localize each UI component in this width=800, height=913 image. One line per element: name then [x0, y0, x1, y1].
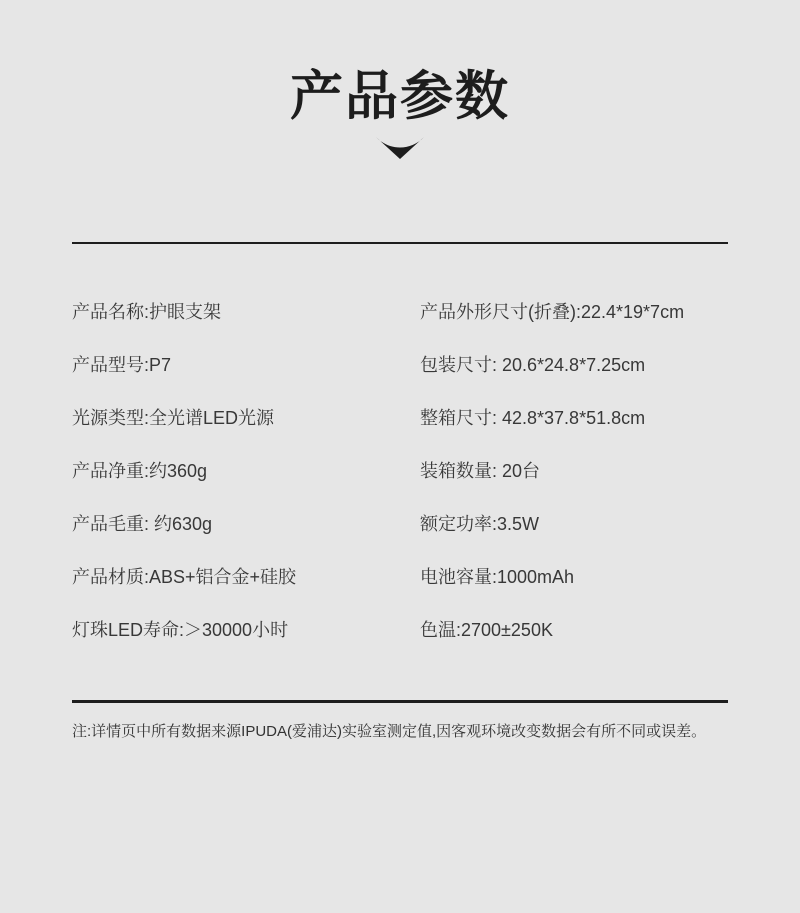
- spec-gross-weight: 产品毛重: 约630g: [72, 496, 412, 549]
- spec-rated-power: 额定功率:3.5W: [420, 496, 730, 549]
- product-parameters-page: 产品参数 产品名称:护眼支架 产品型号:P7 光源类型:全光谱LED光源 产品净…: [0, 0, 800, 913]
- spec-light-source: 光源类型:全光谱LED光源: [72, 390, 412, 443]
- spec-column-right: 产品外形尺寸(折叠):22.4*19*7cm 包装尺寸: 20.6*24.8*7…: [420, 284, 730, 655]
- spec-color-temp: 色温:2700±250K: [420, 602, 730, 655]
- spec-folded-size: 产品外形尺寸(折叠):22.4*19*7cm: [420, 284, 730, 337]
- spec-led-lifespan: 灯珠LED寿命:＞30000小时: [72, 602, 412, 655]
- spec-column-left: 产品名称:护眼支架 产品型号:P7 光源类型:全光谱LED光源 产品净重:约36…: [72, 284, 412, 655]
- spec-package-size: 包装尺寸: 20.6*24.8*7.25cm: [420, 337, 730, 390]
- note-text: 注:详情页中所有数据来源IPUDA(爱浦达)实验室测定值,因客观环境改变数据会有…: [72, 721, 728, 743]
- page-title: 产品参数: [0, 54, 800, 130]
- spec-material: 产品材质:ABS+铝合金+硅胶: [72, 549, 412, 602]
- spec-model: 产品型号:P7: [72, 337, 412, 390]
- spec-net-weight: 产品净重:约360g: [72, 443, 412, 496]
- spec-carton-size: 整箱尺寸: 42.8*37.8*51.8cm: [420, 390, 730, 443]
- spec-carton-qty: 装箱数量: 20台: [420, 443, 730, 496]
- divider-bottom: [72, 700, 728, 703]
- spec-battery: 电池容量:1000mAh: [420, 549, 730, 602]
- spec-product-name: 产品名称:护眼支架: [72, 284, 412, 337]
- divider-top: [72, 242, 728, 244]
- chevron-down-icon: [375, 136, 425, 160]
